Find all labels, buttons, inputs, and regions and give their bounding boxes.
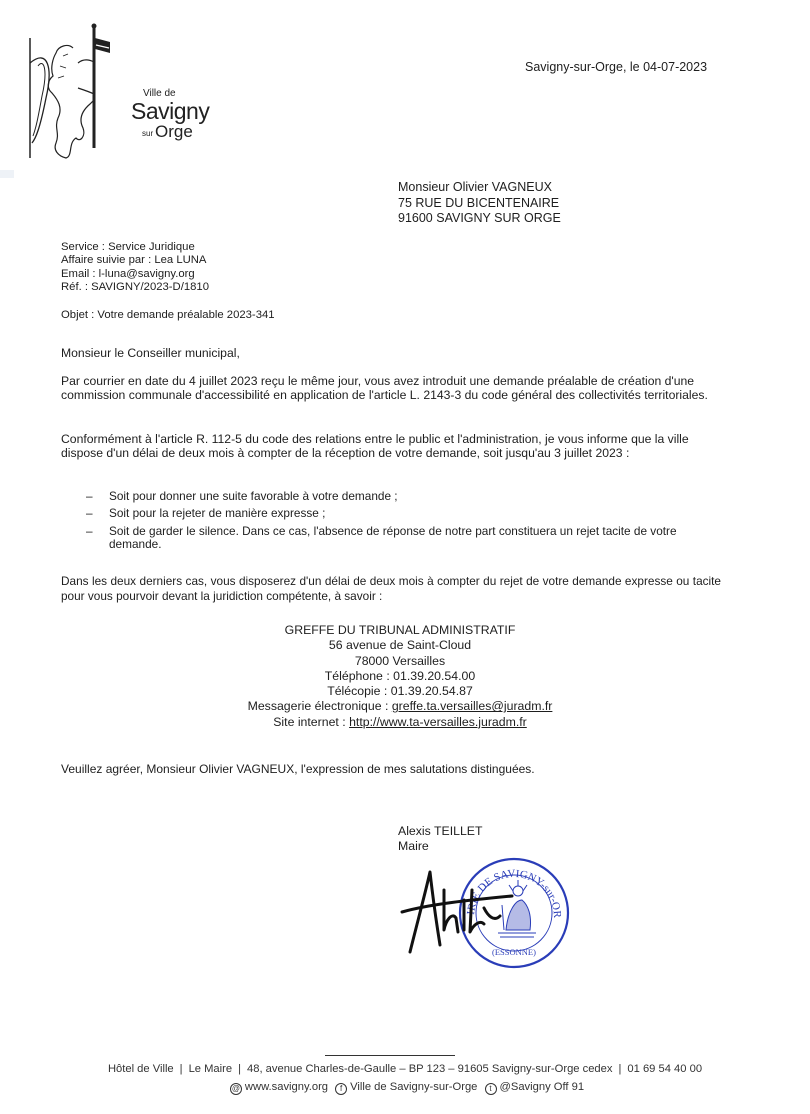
tribunal-telephone: Téléphone : 01.39.20.54.00 xyxy=(180,669,620,684)
signature-icon xyxy=(400,860,520,960)
footer-hotel: Hôtel de Ville xyxy=(108,1063,174,1075)
facebook-icon: f xyxy=(335,1083,347,1095)
twitter-icon: t xyxy=(485,1083,497,1095)
footer-address-line: Hôtel de Ville|Le Maire|48, avenue Charl… xyxy=(0,1063,810,1075)
affaire-line: Affaire suivie par : Lea LUNA xyxy=(61,254,209,267)
tribunal-telecopie: Télécopie : 01.39.20.54.87 xyxy=(180,684,620,699)
tribunal-site-label: Site internet : xyxy=(273,715,349,729)
footer-maire: Le Maire xyxy=(189,1063,233,1075)
letter-date: Savigny-sur-Orge, le 04-07-2023 xyxy=(525,60,707,74)
footer-twitter[interactable]: @Savigny Off 91 xyxy=(500,1081,585,1093)
footer-social-line: @www.savigny.org fVille de Savigny-sur-O… xyxy=(0,1081,810,1095)
tribunal-address: GREFFE DU TRIBUNAL ADMINISTRATIF 56 aven… xyxy=(180,623,620,730)
tribunal-site-link[interactable]: http://www.ta-versailles.juradm.fr xyxy=(349,715,527,729)
options-list: Soit pour donner une suite favorable à v… xyxy=(86,490,726,556)
reference-line: Réf. : SAVIGNY/2023-D/1810 xyxy=(61,281,209,294)
list-item: Soit pour la rejeter de manière expresse… xyxy=(86,507,726,521)
web-icon: @ xyxy=(230,1083,242,1095)
recipient-name: Monsieur Olivier VAGNEUX xyxy=(398,180,561,196)
logo-savigny: Savigny xyxy=(131,98,209,125)
recipient-street: 75 RUE DU BICENTENAIRE xyxy=(398,196,561,212)
footer-divider xyxy=(325,1055,455,1056)
signer-title: Maire xyxy=(398,839,483,854)
email-line: Email : l-luna@savigny.org xyxy=(61,268,209,281)
footer-website[interactable]: www.savigny.org xyxy=(245,1081,328,1093)
footer-facebook[interactable]: Ville de Savigny-sur-Orge xyxy=(350,1081,477,1093)
service-line: Service : Service Juridique xyxy=(61,241,209,254)
tribunal-city: 78000 Versailles xyxy=(180,654,620,669)
tribunal-email-row: Messagerie électronique : greffe.ta.vers… xyxy=(180,699,620,714)
footer-phone: 01 69 54 40 00 xyxy=(627,1063,702,1075)
tribunal-street: 56 avenue de Saint-Cloud xyxy=(180,638,620,653)
city-logo: Ville de Savigny sur Orge xyxy=(28,18,188,163)
lion-emblem-icon xyxy=(28,18,128,163)
tribunal-name: GREFFE DU TRIBUNAL ADMINISTRATIF xyxy=(180,623,620,638)
logo-sur: sur xyxy=(142,129,153,138)
logo-orge: Orge xyxy=(155,122,193,142)
paragraph-2: Conformément à l'article R. 112-5 du cod… xyxy=(61,432,721,460)
scan-edge xyxy=(0,170,14,178)
letter-references: Service : Service Juridique Affaire suiv… xyxy=(61,241,209,294)
paragraph-1: Par courrier en date du 4 juillet 2023 r… xyxy=(61,374,721,402)
signer-block: Alexis TEILLET Maire xyxy=(398,824,483,854)
tribunal-email-label: Messagerie électronique : xyxy=(248,699,392,713)
footer-address: 48, avenue Charles-de-Gaulle – BP 123 – … xyxy=(247,1063,612,1075)
letter-subject: Objet : Votre demande préalable 2023-341 xyxy=(61,309,275,321)
closing-formula: Veuillez agréer, Monsieur Olivier VAGNEU… xyxy=(61,762,721,776)
signer-name: Alexis TEILLET xyxy=(398,824,483,839)
salutation: Monsieur le Conseiller municipal, xyxy=(61,346,721,360)
list-item: Soit de garder le silence. Dans ce cas, … xyxy=(86,525,726,553)
paragraph-3: Dans les deux derniers cas, vous dispose… xyxy=(61,574,721,604)
recipient-address: Monsieur Olivier VAGNEUX 75 RUE DU BICEN… xyxy=(398,180,561,227)
tribunal-site-row: Site internet : http://www.ta-versailles… xyxy=(180,715,620,730)
list-item: Soit pour donner une suite favorable à v… xyxy=(86,490,726,504)
tribunal-email-link[interactable]: greffe.ta.versailles@juradm.fr xyxy=(392,699,553,713)
recipient-city: 91600 SAVIGNY SUR ORGE xyxy=(398,211,561,227)
